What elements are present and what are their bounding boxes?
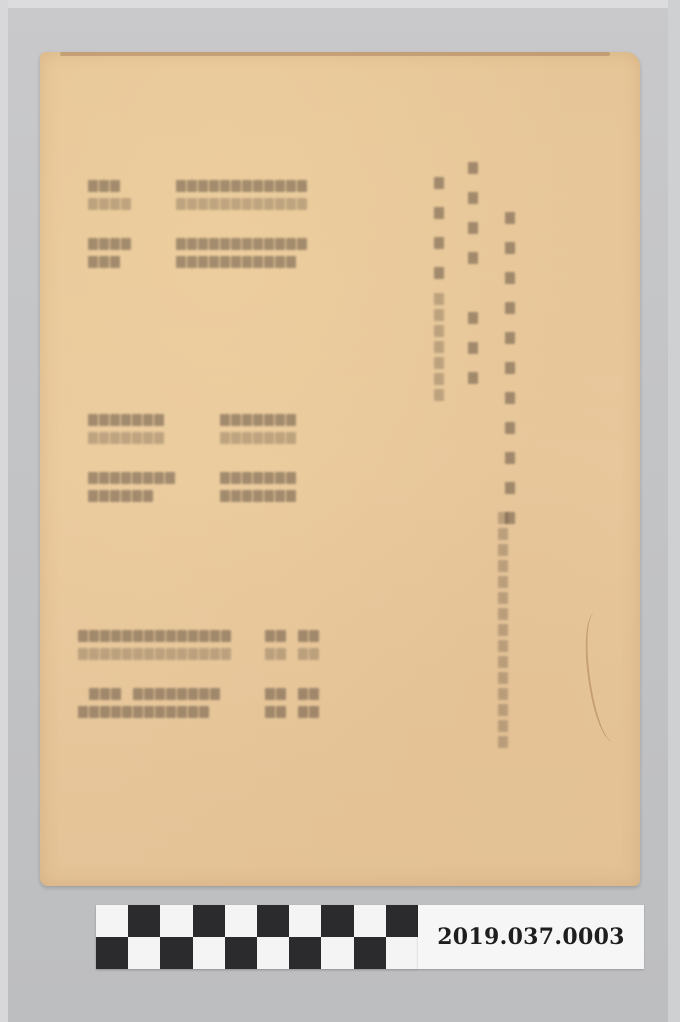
scale-square xyxy=(257,937,289,969)
scale-square xyxy=(289,905,321,937)
scale-square xyxy=(321,905,353,937)
heading-column-2 xyxy=(468,162,478,384)
frame-edge-left xyxy=(0,0,8,1022)
section-2-text xyxy=(88,414,296,508)
scale-square xyxy=(386,937,418,969)
scale-square xyxy=(193,905,225,937)
scale-square xyxy=(225,937,257,969)
scale-square xyxy=(289,937,321,969)
scale-square xyxy=(128,937,160,969)
frame-edge-top xyxy=(0,0,680,8)
scale-square xyxy=(128,905,160,937)
section-3-text xyxy=(78,630,319,724)
scale-square xyxy=(96,905,128,937)
scale-square xyxy=(386,905,418,937)
scale-square xyxy=(160,937,192,969)
scale-square xyxy=(160,905,192,937)
paper-crease xyxy=(579,610,629,743)
frame-edge-right xyxy=(668,0,680,1022)
scale-square xyxy=(96,937,128,969)
scale-square xyxy=(321,937,353,969)
scale-square xyxy=(257,905,289,937)
accession-number-label: 2019.037.0003 xyxy=(418,905,644,969)
document-sheet xyxy=(40,52,640,886)
paper-top-edge xyxy=(60,52,610,56)
color-scale-bar xyxy=(96,905,418,969)
heading-column-3 xyxy=(434,177,444,401)
scale-square xyxy=(225,905,257,937)
scale-square xyxy=(354,937,386,969)
scale-square xyxy=(354,905,386,937)
scale-square xyxy=(193,937,225,969)
section-1-text xyxy=(88,180,307,274)
heading-annotation xyxy=(498,512,508,748)
accession-number: 2019.037.0003 xyxy=(437,924,625,950)
heading-column-1 xyxy=(505,212,515,524)
